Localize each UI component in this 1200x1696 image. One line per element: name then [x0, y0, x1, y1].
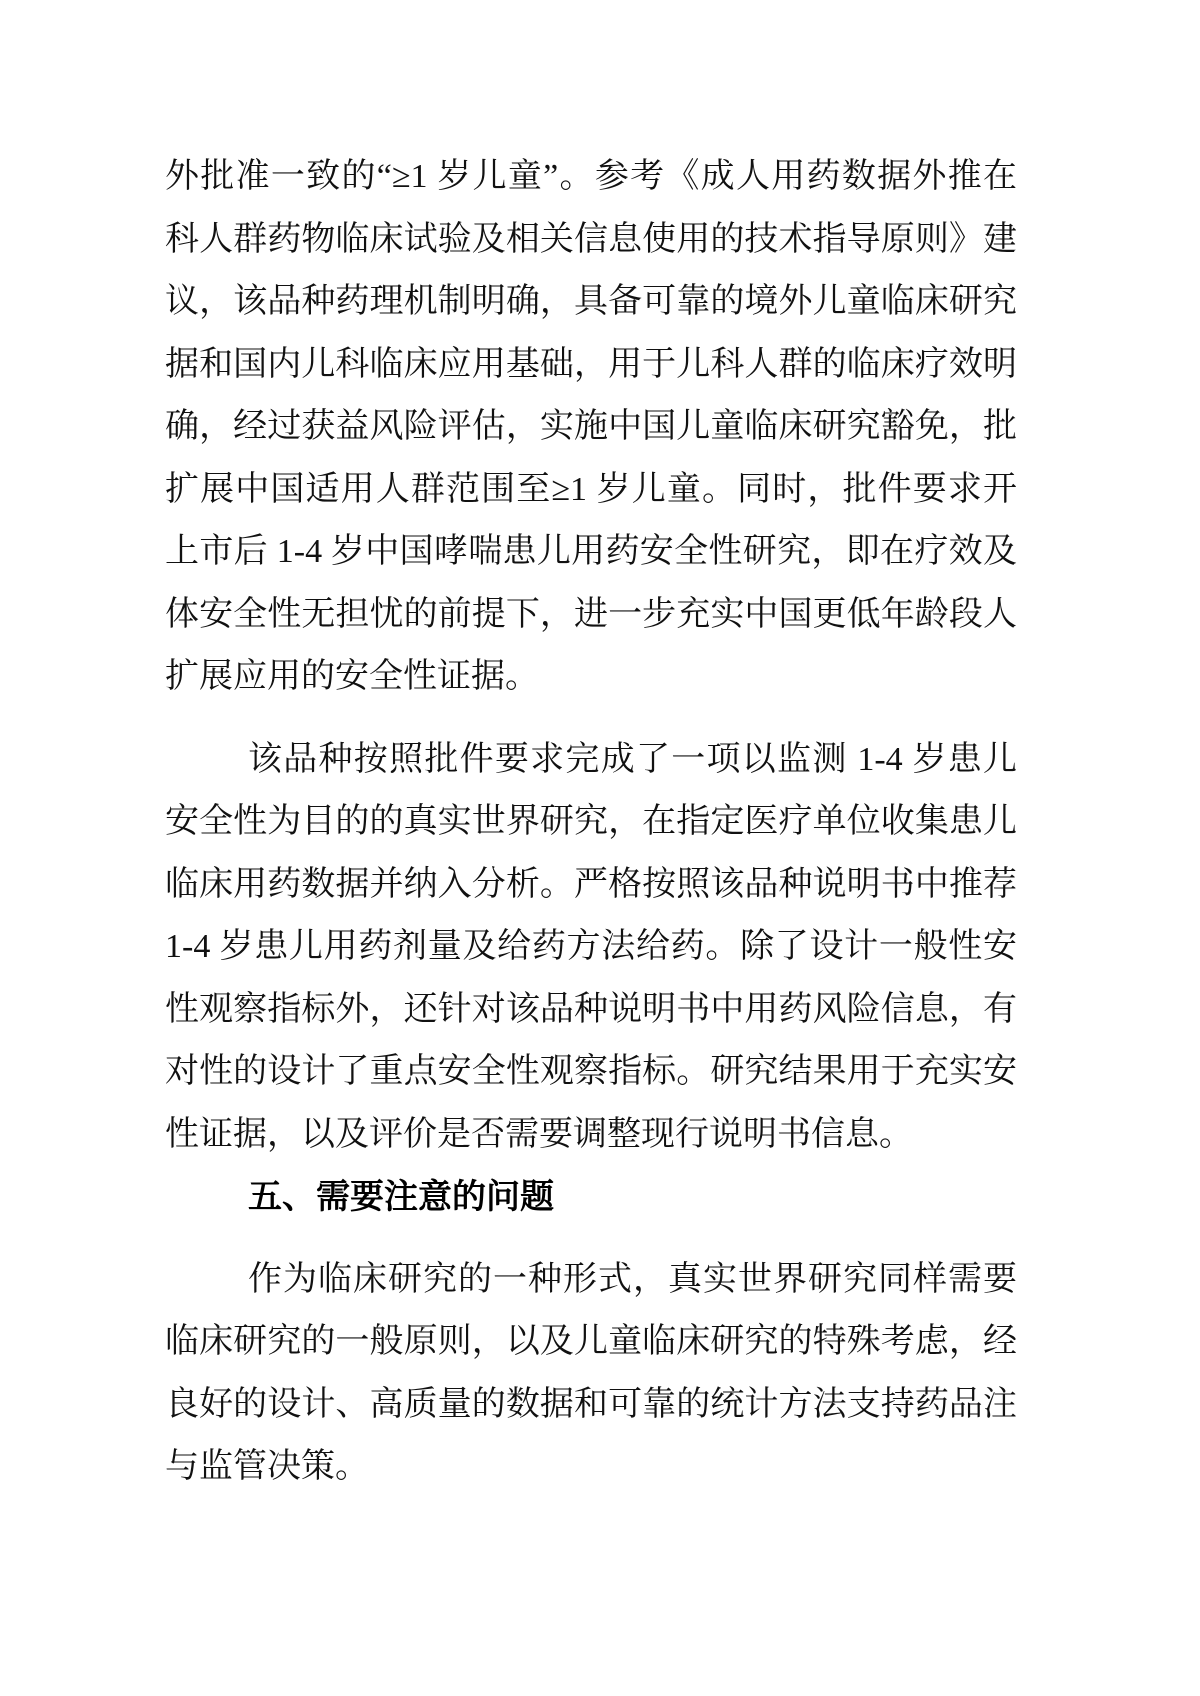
text-line: 性观察指标外，还针对该品种说明书中用药风险信息，有针 — [165, 979, 1017, 1042]
text-line: 该品种按照批件要求完成了一项以监测 1-4 岁患儿用药 — [165, 729, 1017, 792]
text-line: 外批准一致的“≥1 岁儿童”。参考《成人用药数据外推在儿 — [165, 146, 1017, 209]
section-heading: 五、需要注意的问题 — [165, 1166, 1017, 1229]
text-line: 与监管决策。 — [165, 1436, 1017, 1499]
text-line: 上市后 1-4 岁中国哮喘患儿用药安全性研究，即在疗效及总 — [165, 521, 1017, 584]
text-line: 科人群药物临床试验及相关信息使用的技术指导原则》建 — [165, 209, 1017, 272]
text-line: 临床用药数据并纳入分析。严格按照该品种说明书中推荐的 — [165, 854, 1017, 917]
text-line: 据和国内儿科临床应用基础，用于儿科人群的临床疗效明 — [165, 334, 1017, 397]
text-line: 临床研究的一般原则，以及儿童临床研究的特殊考虑，经过 — [165, 1311, 1017, 1374]
text-line: 议，该品种药理机制明确，具备可靠的境外儿童临床研究证 — [165, 271, 1017, 334]
text-line: 确，经过获益风险评估，实施中国儿童临床研究豁免，批准 — [165, 396, 1017, 459]
paragraph-issues-to-note: 作为临床研究的一种形式，真实世界研究同样需要遵循 临床研究的一般原则，以及儿童临… — [165, 1249, 1017, 1499]
text-line: 扩展中国适用人群范围至≥1 岁儿童。同时，批件要求开展 — [165, 459, 1017, 522]
text-line: 扩展应用的安全性证据。 — [165, 646, 1017, 709]
paragraph-real-world-study: 该品种按照批件要求完成了一项以监测 1-4 岁患儿用药 安全性为目的的真实世界研… — [165, 729, 1017, 1167]
paragraph-continuation: 外批准一致的“≥1 岁儿童”。参考《成人用药数据外推在儿 科人群药物临床试验及相… — [165, 146, 1017, 709]
text-line: 良好的设计、高质量的数据和可靠的统计方法支持药品注册 — [165, 1374, 1017, 1437]
text-line: 安全性为目的的真实世界研究，在指定医疗单位收集患儿的 — [165, 791, 1017, 854]
document-page: 外批准一致的“≥1 岁儿童”。参考《成人用药数据外推在儿 科人群药物临床试验及相… — [0, 0, 1200, 1696]
text-line: 体安全性无担忧的前提下，进一步充实中国更低年龄段人群 — [165, 584, 1017, 647]
document-text-block: 外批准一致的“≥1 岁儿童”。参考《成人用药数据外推在儿 科人群药物临床试验及相… — [165, 146, 1017, 1499]
text-line: 1-4 岁患儿用药剂量及给药方法给药。除了设计一般性安全 — [165, 916, 1017, 979]
text-line: 性证据，以及评价是否需要调整现行说明书信息。 — [165, 1104, 1017, 1167]
text-line: 作为临床研究的一种形式，真实世界研究同样需要遵循 — [165, 1249, 1017, 1312]
text-line: 对性的设计了重点安全性观察指标。研究结果用于充实安全 — [165, 1041, 1017, 1104]
